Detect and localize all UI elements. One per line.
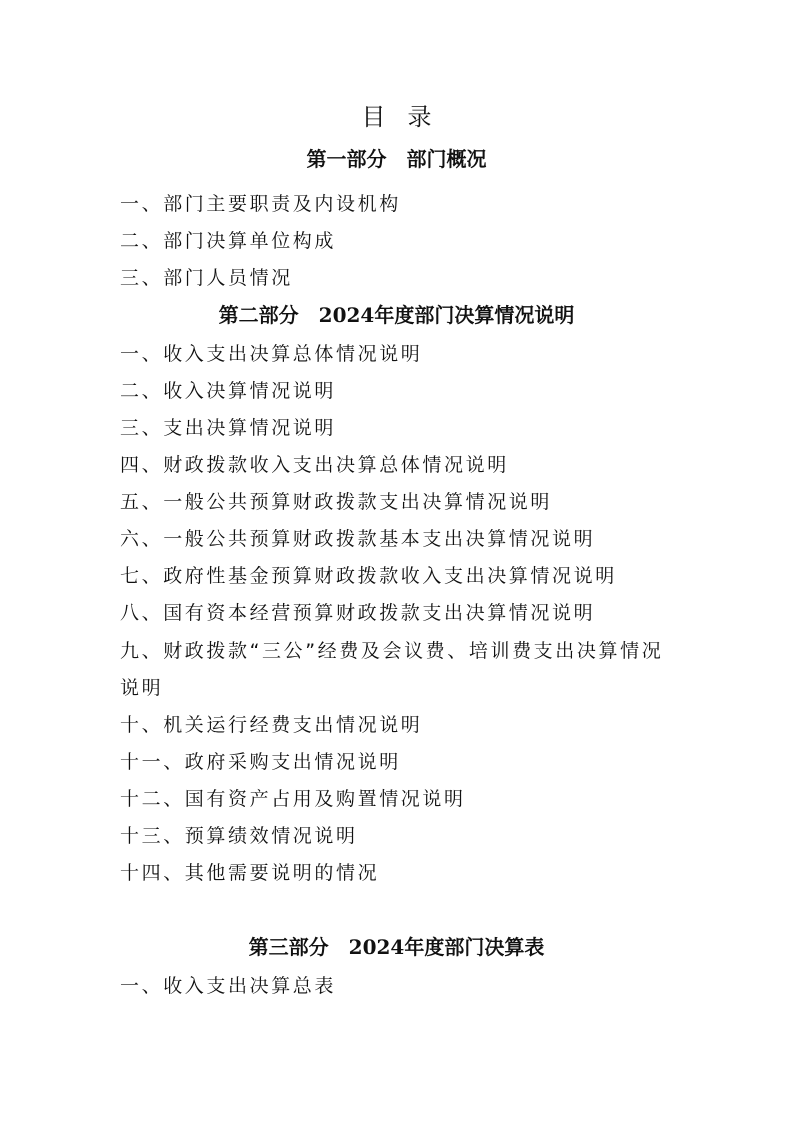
toc-title: 目录 <box>0 100 793 134</box>
toc-item: 八、国有资本经营预算财政拨款支出决算情况说明 <box>120 599 595 627</box>
toc-item: 十二、国有资产占用及购置情况说明 <box>120 785 466 813</box>
toc-item: 一、部门主要职责及内设机构 <box>120 190 401 218</box>
toc-item: 一、收入支出决算总表 <box>120 972 336 1000</box>
toc-item: 十四、其他需要说明的情况 <box>120 859 379 887</box>
toc-item: 十三、预算绩效情况说明 <box>120 822 358 850</box>
toc-item: 二、收入决算情况说明 <box>120 377 336 405</box>
toc-item: 一、收入支出决算总体情况说明 <box>120 340 422 368</box>
toc-item: 六、一般公共预算财政拨款基本支出决算情况说明 <box>120 525 595 553</box>
toc-item: 七、政府性基金预算财政拨款收入支出决算情况说明 <box>120 562 617 590</box>
document-page: 目录 第一部分 部门概况 一、部门主要职责及内设机构 二、部门决算单位构成 三、… <box>0 0 793 1122</box>
part-3-heading: 第三部分 2024年度部门决算表 <box>0 932 793 962</box>
part-2-heading: 第二部分 2024年度部门决算情况说明 <box>0 300 793 330</box>
part-1-heading: 第一部分 部门概况 <box>0 144 793 174</box>
toc-item: 二、部门决算单位构成 <box>120 227 336 255</box>
toc-item: 十一、政府采购支出情况说明 <box>120 748 401 776</box>
toc-item: 四、财政拨款收入支出决算总体情况说明 <box>120 451 509 479</box>
toc-item: 三、支出决算情况说明 <box>120 414 336 442</box>
toc-item-continuation: 说明 <box>120 674 163 702</box>
toc-item: 五、一般公共预算财政拨款支出决算情况说明 <box>120 488 552 516</box>
toc-item: 十、机关运行经费支出情况说明 <box>120 711 422 739</box>
toc-item: 九、财政拨款“三公”经费及会议费、培训费支出决算情况 <box>120 637 663 665</box>
toc-item: 三、部门人员情况 <box>120 264 293 292</box>
